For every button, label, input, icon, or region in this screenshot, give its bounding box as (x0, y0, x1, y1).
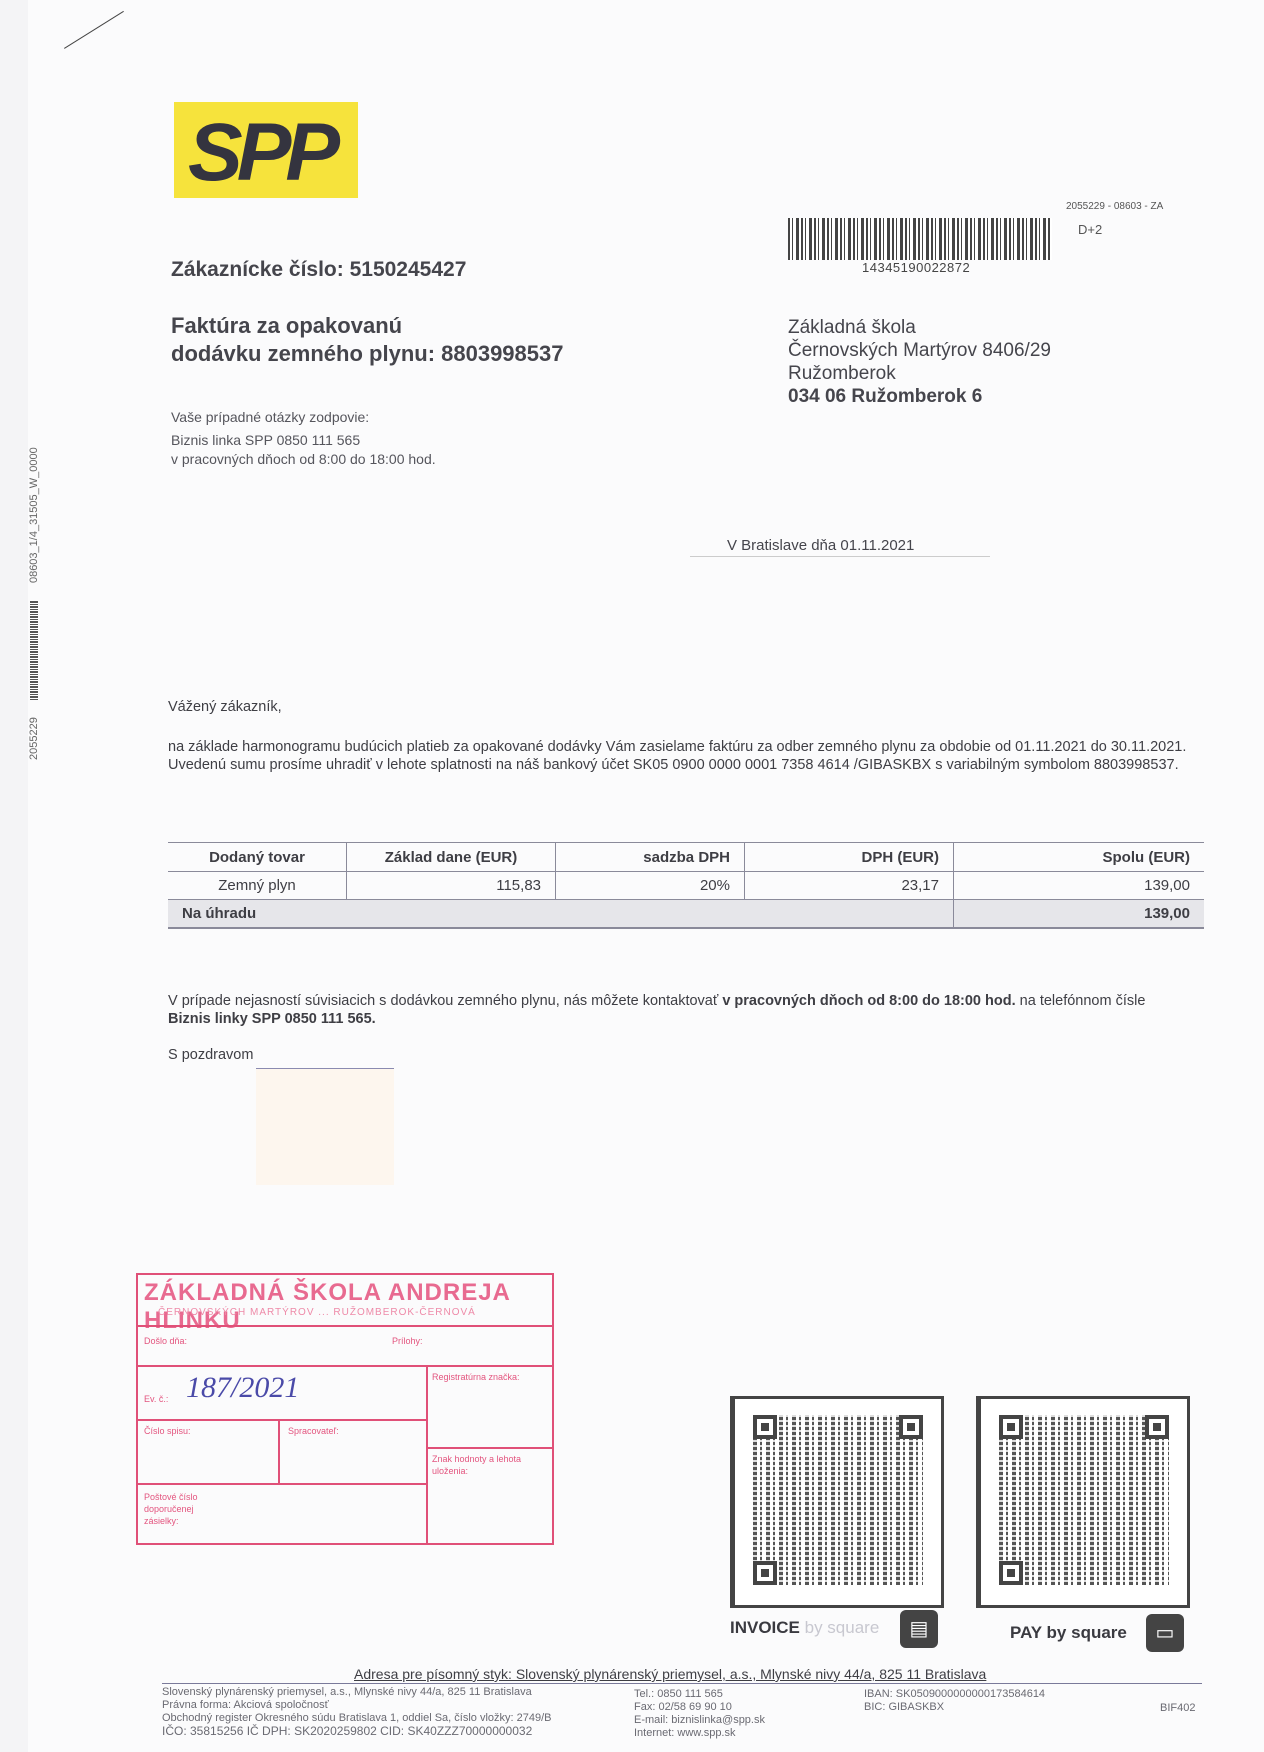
date-line: V Bratislave dňa 01.11.2021 (727, 537, 914, 554)
paragraph-1: na základe harmonogramu budúcich platieb… (168, 738, 1208, 756)
col-vat: DPH (EUR) (745, 843, 954, 872)
registry-stamp: ZÁKLADNÁ ŠKOLA ANDREJA HLINKU ČERNOVSKÝC… (136, 1273, 554, 1545)
document-icon: ▤ (900, 1610, 938, 1648)
table-header-row: Dodaný tovar Základ dane (EUR) sadzba DP… (168, 843, 1204, 872)
form-code: BIF402 (1160, 1702, 1195, 1715)
qr-pattern (999, 1415, 1169, 1585)
barcode-reference: 2055229 - 08603 - ZA (1066, 201, 1163, 212)
side-strip-bottom: 2055229 (28, 717, 40, 760)
side-barcode (30, 600, 38, 700)
pay-qr-code (976, 1396, 1190, 1608)
qr-finder (999, 1561, 1023, 1585)
footer-bank: IBAN: SK0509000000000173584614 BIC: GIBA… (864, 1688, 1045, 1714)
col-vat-rate: sadzba DPH (556, 843, 745, 872)
contact-text: V prípade nejasností súvisiacich s dodáv… (168, 993, 722, 1009)
qr-finder (753, 1415, 777, 1439)
contact-hours: v pracovných dňoch od 8:00 do 18:00 hod. (722, 993, 1015, 1009)
side-strip: 2055229 08603_1/4_31505_W_0000 (28, 447, 40, 760)
qr-finder (1145, 1415, 1169, 1439)
footer-company-line: Právna forma: Akciová spoločnosť (162, 1699, 552, 1712)
recipient-line3: Ružomberok (788, 362, 1051, 385)
stamp-divider (426, 1365, 428, 1543)
footer-contacts: Tel.: 0850 111 565 Fax: 02/58 69 90 10 E… (634, 1688, 765, 1740)
recipient-line2: Černovských Martýrov 8406/29 (788, 339, 1051, 362)
footer-bank-line: BIC: GIBASKBX (864, 1701, 1045, 1714)
letter-body: Vážený zákazník, na základe harmonogramu… (168, 698, 1208, 774)
credit-card-icon: ▭ (1146, 1614, 1184, 1652)
recipient-line1: Základná škola (788, 316, 1051, 339)
logo-text: SPP (188, 106, 334, 200)
col-total: Spolu (EUR) (954, 843, 1205, 872)
recipient-line4: 034 06 Ružomberok 6 (788, 385, 1051, 408)
contact-paragraph: V prípade nejasností súvisiacich s dodáv… (168, 992, 1168, 1028)
questions-block: Vaše prípadné otázky zodpovie: Biznis li… (171, 408, 436, 469)
total-value: 139,00 (954, 900, 1205, 929)
stamp-divider (138, 1483, 428, 1485)
invoice-title-line1: Faktúra za opakovanú (171, 312, 564, 340)
stamp-divider (138, 1325, 552, 1327)
qr-finder (899, 1415, 923, 1439)
invoice-title: Faktúra za opakovanú dodávku zemného ply… (171, 312, 564, 368)
cell-vat: 23,17 (745, 872, 954, 900)
cell-vat-rate: 20% (556, 872, 745, 900)
footer-contact-line: Fax: 02/58 69 90 10 (634, 1701, 765, 1714)
total-row: Na úhradu 139,00 (168, 900, 1204, 929)
divider (690, 556, 990, 557)
qr-label-bold: INVOICE (730, 1618, 800, 1637)
salutation: Vážený zákazník, (168, 698, 1208, 716)
barcode-number: 14345190022872 (862, 260, 970, 275)
invoice-table: Dodaný tovar Základ dane (EUR) sadzba DP… (168, 842, 1204, 929)
stamp-attachments-label: Prílohy: (392, 1335, 423, 1347)
customer-number: Zákaznícke číslo: 5150245427 (171, 258, 466, 282)
footer-company: Slovenský plynárenský priemysel, a.s., M… (162, 1686, 552, 1738)
invoice-title-line2: dodávku zemného plynu: 8803998537 (171, 340, 564, 368)
stamp-divider (138, 1365, 552, 1367)
closing: S pozdravom (168, 1047, 253, 1063)
invoice-qr-code (730, 1396, 944, 1608)
qr-finder (999, 1415, 1023, 1439)
stamp-subtitle: ČERNOVSKÝCH MARTÝROV ... RUŽOMBEROK-ČERN… (158, 1307, 476, 1318)
col-goods: Dodaný tovar (168, 843, 347, 872)
footer-contact-line: E-mail: biznislinka@spp.sk (634, 1714, 765, 1727)
qr-label-light: by square (800, 1618, 879, 1637)
footer-company-line: Slovenský plynárenský priemysel, a.s., M… (162, 1686, 552, 1699)
qr-finder (753, 1561, 777, 1585)
spp-logo: SPP (174, 102, 358, 198)
side-strip-top: 08603_1/4_31505_W_0000 (28, 447, 40, 583)
footer-divider (162, 1683, 1202, 1684)
stamp-storage-label: Znak hodnoty a lehota uloženia: (432, 1453, 542, 1477)
stamp-ev-value: 187/2021 (186, 1371, 299, 1405)
questions-line: Biznis linka SPP 0850 111 565 (171, 431, 436, 450)
questions-hours: v pracovných dňoch od 8:00 do 18:00 hod. (171, 450, 436, 469)
stamp-ev-label: Ev. č.: (144, 1393, 168, 1405)
footer-contact-line: Tel.: 0850 111 565 (634, 1688, 765, 1701)
stamp-divider (426, 1447, 552, 1449)
table-row: Zemný plyn 115,83 20% 23,17 139,00 (168, 872, 1204, 900)
footer-contact-line: Internet: www.spp.sk (634, 1727, 765, 1740)
stamp-divider (138, 1419, 428, 1421)
invoice-by-square-label: INVOICE by square (730, 1618, 879, 1638)
questions-label: Vaše prípadné otázky zodpovie: (171, 408, 436, 427)
contact-text-mid: na telefónnom čísle (1016, 993, 1146, 1009)
stamp-received-label: Došlo dňa: (144, 1335, 187, 1347)
stamp-reg-mark-label: Registratúrna značka: (432, 1371, 520, 1383)
cell-tax-base: 115,83 (347, 872, 556, 900)
contact-phone: Biznis linky SPP 0850 111 565. (168, 1011, 376, 1027)
recipient-address: Základná škola Černovských Martýrov 8406… (788, 316, 1051, 408)
pay-by-square-label: PAY by square (1010, 1623, 1127, 1643)
qr-pattern (753, 1415, 923, 1585)
total-label: Na úhradu (168, 900, 954, 929)
cell-goods: Zemný plyn (168, 872, 347, 900)
col-tax-base: Základ dane (EUR) (347, 843, 556, 872)
paragraph-2: Uvedenú sumu prosíme uhradiť v lehote sp… (168, 756, 1208, 774)
footer-company-line: IČO: 35815256 IČ DPH: SK2020259802 CID: … (162, 1725, 552, 1738)
stamp-divider (278, 1419, 280, 1483)
stamp-file-label: Číslo spisu: (144, 1425, 191, 1437)
footer-bank-line: IBAN: SK0509000000000173584614 (864, 1688, 1045, 1701)
barcode (788, 218, 1052, 260)
signature-area (256, 1068, 394, 1185)
stamp-postal-label: Poštové číslo doporučenej zásielky: (144, 1491, 224, 1527)
cell-total: 139,00 (954, 872, 1205, 900)
stamp-handler-label: Spracovateľ: (288, 1425, 339, 1437)
correspondence-address: Adresa pre písomný styk: Slovenský plyná… (354, 1666, 986, 1682)
delivery-code: D+2 (1078, 222, 1102, 237)
